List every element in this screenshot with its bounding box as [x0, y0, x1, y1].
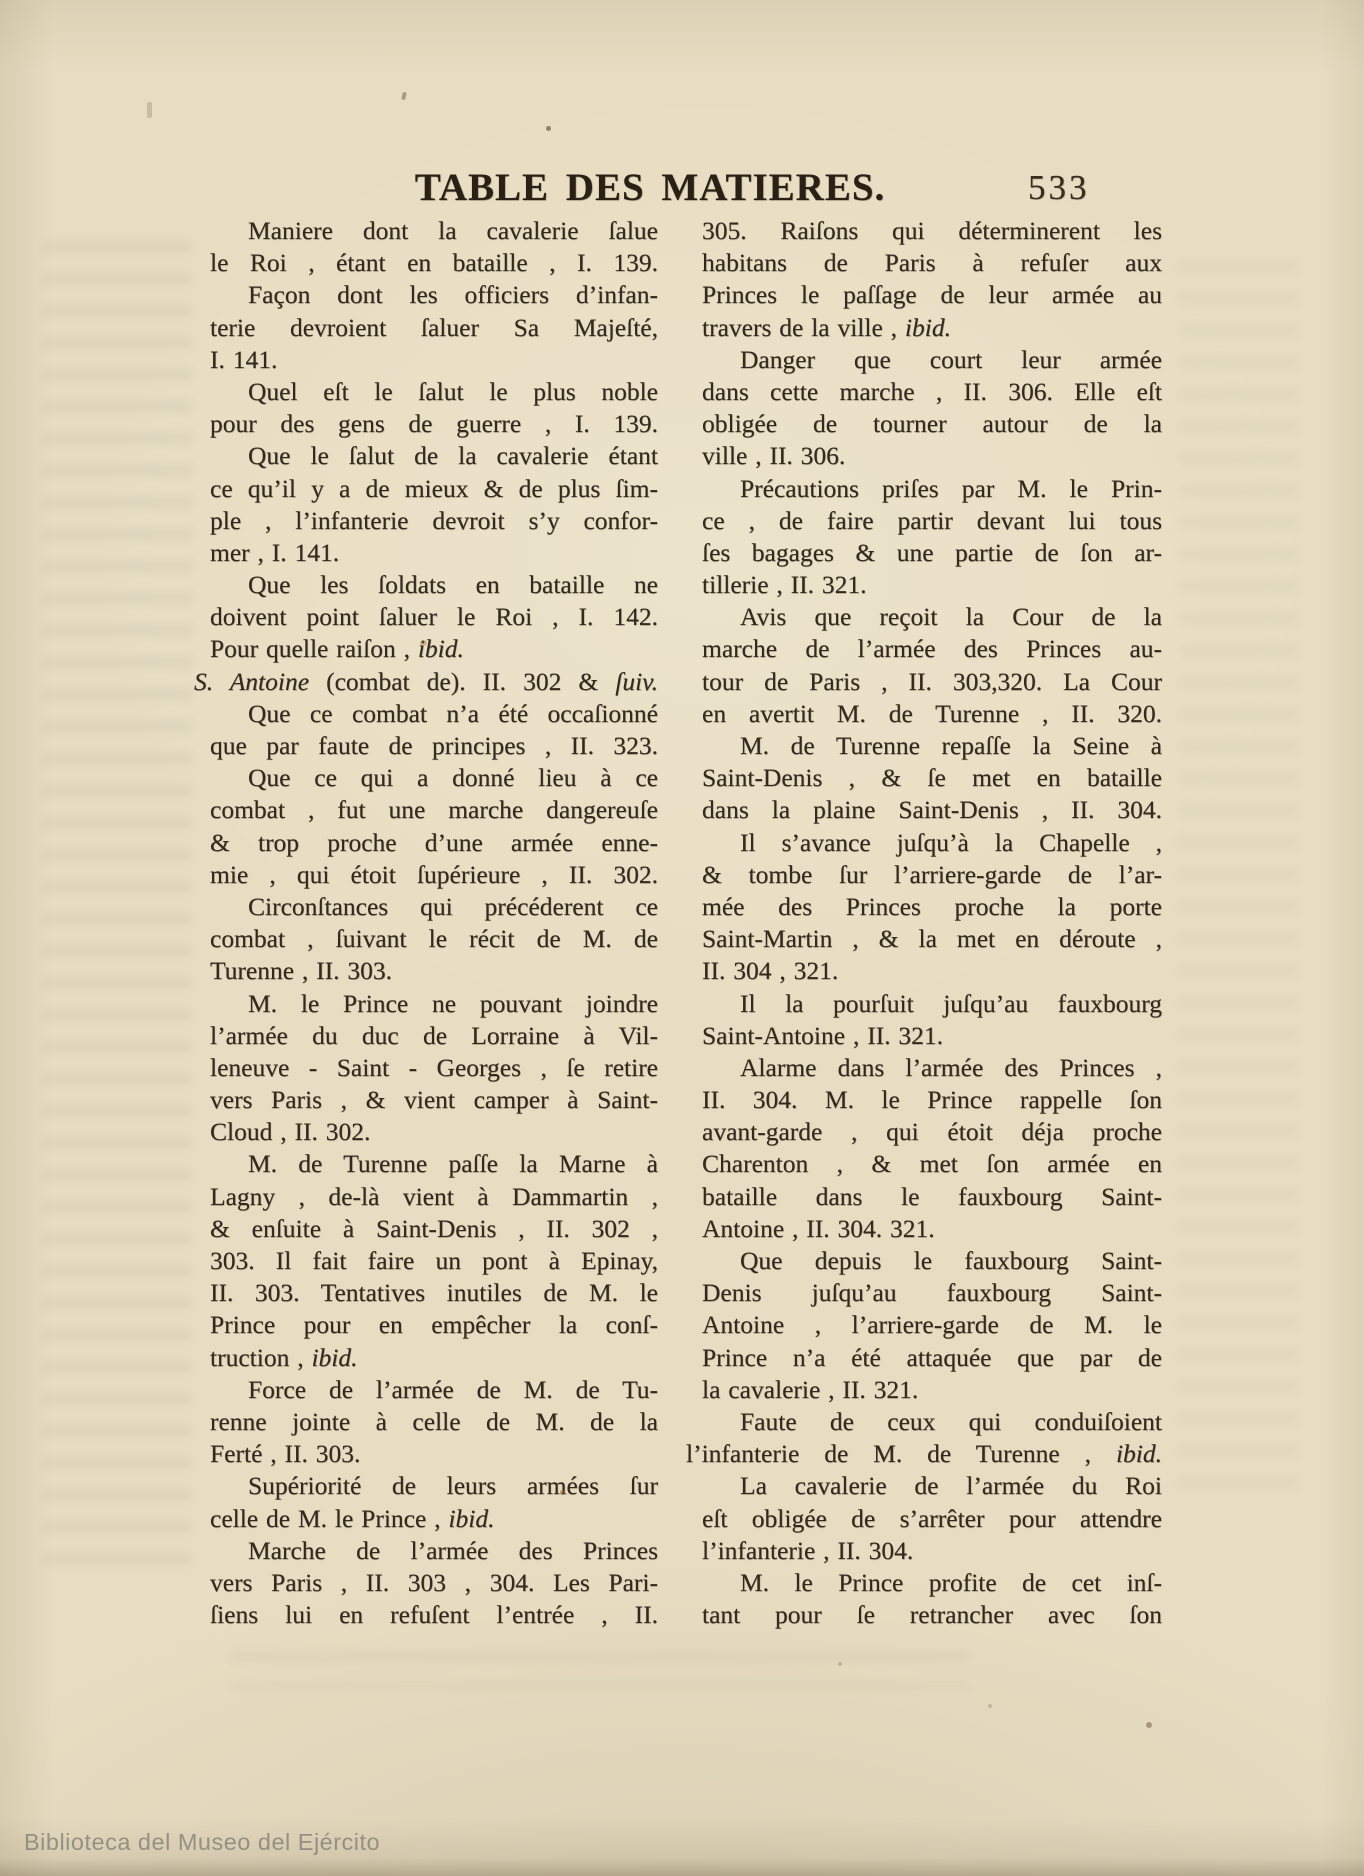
- index-entry-line: dans cette marche , II. 306. Elle eſt: [702, 376, 1162, 408]
- index-entry-line: Avis que reçoit la Cour de la: [702, 601, 1162, 633]
- index-entry-line: obligée de tourner autour de la: [702, 408, 1162, 440]
- index-entry-line: Danger que court leur armée: [702, 344, 1162, 376]
- ink-speck: [560, 1490, 565, 1495]
- index-entry-line: & trop proche d’une armée enne-: [210, 827, 658, 859]
- index-entry-line: Saint-Denis , & ſe met en bataille: [702, 762, 1162, 794]
- index-entry-line: Saint-Martin , & la met en déroute ,: [702, 923, 1162, 955]
- index-entry-line: doivent point ſaluer le Roi , I. 142.: [210, 601, 658, 633]
- index-entry-line: l’infanterie , II. 304.: [702, 1535, 1162, 1567]
- index-entry-line: Précautions priſes par M. le Prin-: [702, 473, 1162, 505]
- index-entry-line: Princes le paſſage de leur armée au: [702, 279, 1162, 311]
- index-entry-line: Force de l’armée de M. de Tu-: [210, 1374, 658, 1406]
- index-entry-line: Il s’avance juſqu’à la Chapelle ,: [702, 827, 1162, 859]
- index-entry-line: que par faute de principes , II. 323.: [210, 730, 658, 762]
- ink-speck: [147, 102, 152, 118]
- index-entry-line: celle de M. le Prince , ibid.: [210, 1503, 658, 1535]
- index-entry-line: ce , de faire partir devant lui tous: [702, 505, 1162, 537]
- index-entry-line: marche de l’armée des Princes au-: [702, 633, 1162, 665]
- index-entry-line: pour des gens de guerre , I. 139.: [210, 408, 658, 440]
- index-entry-line: avant-garde , qui étoit déja proche: [702, 1116, 1162, 1148]
- index-entry-line: truction , ibid.: [210, 1342, 658, 1374]
- index-entry-line: Que le ſalut de la cavalerie étant: [210, 440, 658, 472]
- index-entry-line: Que ce combat n’a été occaſionné: [210, 698, 658, 730]
- index-entry-line: l’infanterie de M. de Turenne , ibid.: [686, 1438, 1162, 1470]
- index-entry-line: II. 304 , 321.: [702, 955, 1162, 987]
- index-entry-line: M. de Turenne paſſe la Marne à: [210, 1148, 658, 1180]
- index-entry-line: tour de Paris , II. 303,320. La Cour: [702, 666, 1162, 698]
- index-entry-line: 303. Il fait faire un pont à Epinay,: [210, 1245, 658, 1277]
- ink-speck: [546, 126, 551, 131]
- index-entry-line: Marche de l’armée des Princes: [210, 1535, 658, 1567]
- index-entry-line: Alarme dans l’armée des Princes ,: [702, 1052, 1162, 1084]
- index-entry-line: mée des Princes proche la porte: [702, 891, 1162, 923]
- index-entry-line: Ferté , II. 303.: [210, 1438, 658, 1470]
- show-through-text: [230, 1650, 970, 1690]
- index-entry-line: combat , ſuivant le récit de M. de: [210, 923, 658, 955]
- index-entry-line: Maniere dont la cavalerie ſalue: [210, 215, 658, 247]
- page-number: 533: [1028, 170, 1090, 205]
- index-entry-line: Cloud , II. 302.: [210, 1116, 658, 1148]
- index-entry-line: Prince n’a été attaquée que par de: [702, 1342, 1162, 1374]
- show-through-text: [1178, 260, 1298, 1500]
- index-entry-line: Que depuis le fauxbourg Saint-: [702, 1245, 1162, 1277]
- index-column-right: 305. Raiſons qui déterminerent leshabita…: [702, 215, 1162, 1631]
- index-entry-line: vers Paris , & vient camper à Saint-: [210, 1084, 658, 1116]
- index-entry-line: la cavalerie , II. 321.: [702, 1374, 1162, 1406]
- show-through-text: [42, 240, 192, 1580]
- index-entry-line: habitans de Paris à refuſer aux: [702, 247, 1162, 279]
- ink-speck: [1146, 1722, 1152, 1728]
- index-entry-line: S. Antoine (combat de). II. 302 & ſuiv.: [194, 666, 658, 698]
- ink-speck: [988, 1704, 992, 1708]
- index-entry-line: l’armée du duc de Lorraine à Vil-: [210, 1020, 658, 1052]
- library-watermark: Biblioteca del Museo del Ejército: [24, 1828, 380, 1856]
- index-entry-line: Turenne , II. 303.: [210, 955, 658, 987]
- index-entry-line: terie devroient ſaluer Sa Majeſté,: [210, 312, 658, 344]
- index-entry-line: La cavalerie de l’armée du Roi: [702, 1470, 1162, 1502]
- index-entry-line: tant pour ſe retrancher avec ſon: [702, 1599, 1162, 1631]
- index-entry-line: II. 303. Tentatives inutiles de M. le: [210, 1277, 658, 1309]
- index-entry-line: renne jointe à celle de M. de la: [210, 1406, 658, 1438]
- index-entry-line: ſes bagages & une partie de ſon ar-: [702, 537, 1162, 569]
- index-entry-line: dans la plaine Saint-Denis , II. 304.: [702, 794, 1162, 826]
- index-column-left: Maniere dont la cavalerie ſaluele Roi , …: [210, 215, 658, 1631]
- ink-speck: [420, 640, 427, 646]
- index-entry-line: M. le Prince profite de cet inſ-: [702, 1567, 1162, 1599]
- page-title: TABLE DES MATIERES.: [340, 168, 960, 207]
- index-entry-line: Denis juſqu’au fauxbourg Saint-: [702, 1277, 1162, 1309]
- index-entry-line: M. le Prince ne pouvant joindre: [210, 988, 658, 1020]
- index-entry-line: Lagny , de-là vient à Dammartin ,: [210, 1181, 658, 1213]
- index-entry-line: Que ce qui a donné lieu à ce: [210, 762, 658, 794]
- index-entry-line: 305. Raiſons qui déterminerent les: [702, 215, 1162, 247]
- index-entry-line: & enſuite à Saint-Denis , II. 302 ,: [210, 1213, 658, 1245]
- index-entry-line: ce qu’il y a de mieux & de plus ſim-: [210, 473, 658, 505]
- index-entry-line: ple , l’infanterie devroit s’y confor-: [210, 505, 658, 537]
- index-entry-line: leneuve - Saint - Georges , ſe retire: [210, 1052, 658, 1084]
- ink-speck: [838, 1662, 842, 1666]
- index-entry-line: vers Paris , II. 303 , 304. Les Pari-: [210, 1567, 658, 1599]
- index-entry-line: Charenton , & met ſon armée en: [702, 1148, 1162, 1180]
- index-entry-line: tillerie , II. 321.: [702, 569, 1162, 601]
- index-entry-line: Quel eſt le ſalut le plus noble: [210, 376, 658, 408]
- index-entry-line: ſiens lui en refuſent l’entrée , II.: [210, 1599, 658, 1631]
- index-entry-line: Circonſtances qui précéderent ce: [210, 891, 658, 923]
- index-entry-line: I. 141.: [210, 344, 658, 376]
- index-entry-line: travers de la ville , ibid.: [702, 312, 1162, 344]
- index-entry-line: combat , fut une marche dangereuſe: [210, 794, 658, 826]
- index-entry-line: Que les ſoldats en bataille ne: [210, 569, 658, 601]
- ink-speck: [401, 92, 407, 101]
- index-entry-line: Façon dont les officiers d’infan-: [210, 279, 658, 311]
- index-entry-line: II. 304. M. le Prince rappelle ſon: [702, 1084, 1162, 1116]
- index-entry-line: mer , I. 141.: [210, 537, 658, 569]
- index-entry-line: Antoine , l’arriere-garde de M. le: [702, 1309, 1162, 1341]
- index-entry-line: ville , II. 306.: [702, 440, 1162, 472]
- index-entry-line: eſt obligée de s’arrêter pour attendre: [702, 1503, 1162, 1535]
- index-entry-line: & tombe ſur l’arriere-garde de l’ar-: [702, 859, 1162, 891]
- index-entry-line: le Roi , étant en bataille , I. 139.: [210, 247, 658, 279]
- index-entry-line: Faute de ceux qui conduiſoient: [702, 1406, 1162, 1438]
- index-entry-line: Pour quelle raiſon , ibid.: [210, 633, 658, 665]
- index-entry-line: en avertit M. de Turenne , II. 320.: [702, 698, 1162, 730]
- index-entry-line: mie , qui étoit ſupérieure , II. 302.: [210, 859, 658, 891]
- index-entry-line: Il la pourſuit juſqu’au fauxbourg: [702, 988, 1162, 1020]
- index-entry-line: M. de Turenne repaſſe la Seine à: [702, 730, 1162, 762]
- index-entry-line: Saint-Antoine , II. 321.: [702, 1020, 1162, 1052]
- book-page: TABLE DES MATIERES. 533 Maniere dont la …: [0, 0, 1364, 1876]
- index-entry-line: Antoine , II. 304. 321.: [702, 1213, 1162, 1245]
- index-entry-line: Supériorité de leurs armées ſur: [210, 1470, 658, 1502]
- index-entry-line: Prince pour en empêcher la conſ-: [210, 1309, 658, 1341]
- index-entry-line: bataille dans le fauxbourg Saint-: [702, 1181, 1162, 1213]
